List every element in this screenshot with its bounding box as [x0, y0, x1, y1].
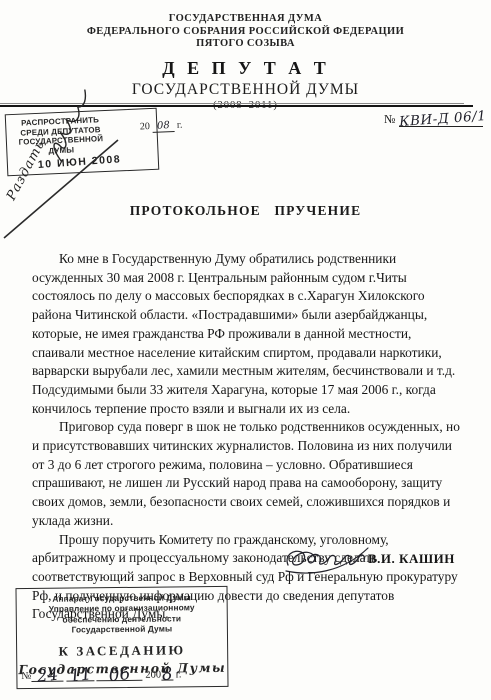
session-year-prefix: 200 [145, 670, 161, 681]
session-field-2-handwritten: 11 [69, 669, 92, 681]
year-value-handwritten: 08 [152, 120, 175, 133]
document-page: ГОСУДАРСТВЕННАЯ ДУМА ФЕДЕРАЛЬНОГО СОБРАН… [0, 0, 491, 700]
org-line-1: ГОСУДАРСТВЕННАЯ ДУМА [0, 13, 491, 26]
session-year-suffix: г. [176, 669, 182, 680]
signatory-name: В.И. КАШИН [368, 551, 455, 567]
doc-number-value-handwritten: КВИ-Д 06/1 [399, 108, 487, 130]
doc-title: ПРОТОКОЛЬНОЕ ПРУЧЕНИЕ [0, 203, 491, 219]
session-field-1: 24 [31, 668, 63, 682]
session-field-3: 06 [97, 667, 143, 681]
year-suffix: г. [177, 120, 183, 131]
session-field-1-handwritten: 24 [36, 670, 59, 682]
session-heading: К ЗАСЕДАНИЮ [17, 642, 227, 660]
doc-number-label: № [384, 112, 395, 126]
letterhead: ГОСУДАРСТВЕННАЯ ДУМА ФЕДЕРАЛЬНОГО СОБРАН… [0, 13, 491, 111]
session-field-3-handwritten: 06 [109, 669, 132, 681]
year-prefix: 20 [140, 121, 150, 132]
session-number-label: № [21, 671, 31, 682]
deputy-org: ГОСУДАРСТВЕННОЙ ДУМЫ [0, 81, 491, 99]
body-paragraph: Приговор суда поверг в шок не только род… [32, 418, 462, 530]
session-stamp: Аппарат Государственной Думы Управление … [15, 586, 228, 689]
session-year-handwritten: 8 [161, 669, 173, 680]
distribution-stamp-year: 20 08 г. [140, 120, 183, 134]
session-dept-line4: Государственной Думы [17, 623, 227, 635]
session-stamp-dept: Аппарат Государственной Думы Управление … [17, 592, 227, 635]
doc-number-line: КВИ-Д 06/1 [399, 110, 483, 127]
deputy-title: Д Е П У Т А Т [0, 58, 491, 79]
session-field-2: 11 [66, 667, 94, 681]
org-line-3: ПЯТОГО СОЗЫВА [0, 38, 491, 51]
signature-block: В.И. КАШИН [280, 543, 465, 583]
session-number-row: №24 11 06 2008 г. [21, 666, 221, 682]
doc-number: №КВИ-Д 06/1 [384, 110, 483, 127]
body-paragraph: Ко мне в Государственную Думу обратились… [32, 250, 462, 418]
org-line-2: ФЕДЕРАЛЬНОГО СОБРАНИЯ РОССИЙСКОЙ ФЕДЕРАЦ… [0, 26, 491, 39]
session-year-field: 8 [161, 666, 173, 680]
signature-scribble [280, 543, 372, 581]
